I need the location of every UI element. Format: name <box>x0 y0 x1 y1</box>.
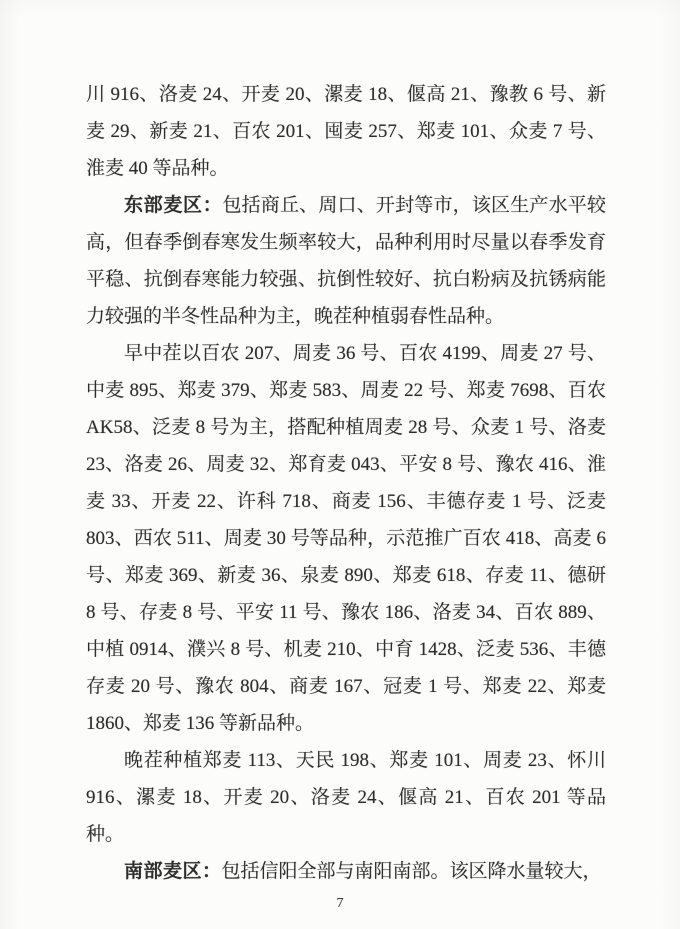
page-number: 7 <box>0 896 680 912</box>
scanned-document-page: 川 916、洛麦 24、开麦 20、漯麦 18、偃高 21、豫教 6 号、新麦 … <box>0 0 680 929</box>
paragraph-late-stubble-varieties: 晚茬种植郑麦 113、天民 198、郑麦 101、周麦 23、怀川 916、漯麦… <box>86 742 606 853</box>
paragraph-continuation-varieties: 川 916、洛麦 24、开麦 20、漯麦 18、偃高 21、豫教 6 号、新麦 … <box>86 76 606 187</box>
paragraph-text: 早中茬以百农 207、周麦 36 号、百农 4199、周麦 27 号、中麦 89… <box>86 343 606 734</box>
paragraph-early-mid-stubble-varieties: 早中茬以百农 207、周麦 36 号、百农 4199、周麦 27 号、中麦 89… <box>86 335 606 742</box>
paragraph-south-wheat-region: 南部麦区：包括信阳全部与南阳南部。该区降水量较大， <box>86 853 606 890</box>
document-body-text: 川 916、洛麦 24、开麦 20、漯麦 18、偃高 21、豫教 6 号、新麦 … <box>86 76 606 890</box>
paragraph-text: 川 916、洛麦 24、开麦 20、漯麦 18、偃高 21、豫教 6 号、新麦 … <box>86 84 606 179</box>
paragraph-east-wheat-region: 东部麦区：包括商丘、周口、开封等市，该区生产水平较高，但春季倒春寒发生频率较大，… <box>86 187 606 335</box>
south-region-heading: 南部麦区： <box>124 861 222 882</box>
east-region-heading: 东部麦区： <box>124 195 222 216</box>
paragraph-text: 晚茬种植郑麦 113、天民 198、郑麦 101、周麦 23、怀川 916、漯麦… <box>86 750 606 845</box>
paragraph-text: 包括信阳全部与南阳南部。该区降水量较大， <box>222 861 602 882</box>
